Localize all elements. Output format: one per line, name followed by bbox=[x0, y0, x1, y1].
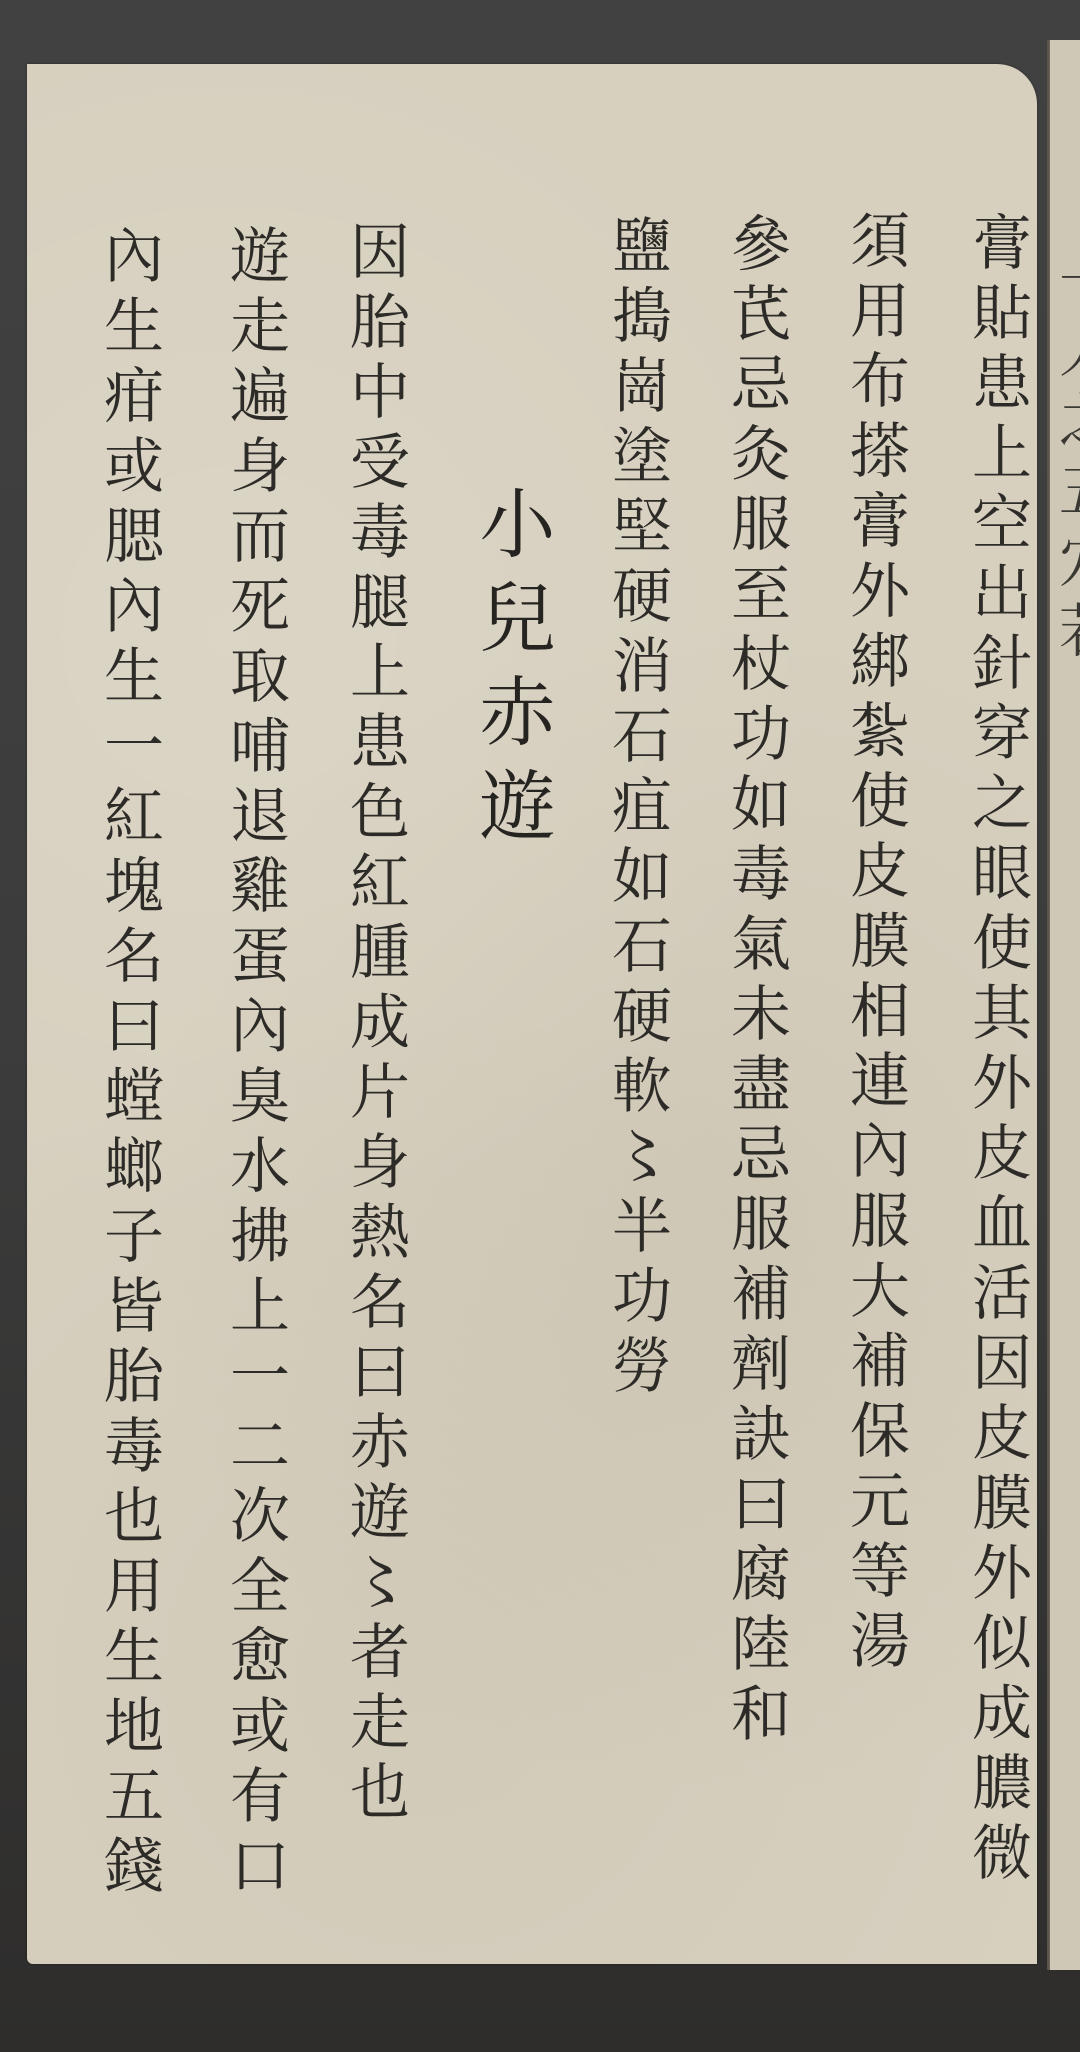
adjacent-page-edge: 一人之五穴若 bbox=[1048, 40, 1080, 1970]
text-column-4: 鹽搗崗塗堅硬消石疽如石硬軟〻半功勞 bbox=[607, 214, 667, 1404]
text-column-6: 遊走遍身而死取哺退雞蛋內臭水拂上一二次全愈或有口 bbox=[225, 224, 285, 1904]
page-fold-line bbox=[1047, 40, 1049, 1970]
text-column-2: 須用布搽膏外綁紮使皮膜相連內服大補保元等湯 bbox=[845, 209, 905, 1679]
text-column-5: 因胎中受毒腿上患色紅腫成片身熱名曰赤遊〻者走也 bbox=[345, 220, 405, 1830]
adjacent-page-text: 一人之五穴若 bbox=[1054, 250, 1080, 670]
manuscript-page: 膏貼患上空出針穿之眼使其外皮血活因皮膜外似成膿微 須用布搽膏外綁紮使皮膜相連內服… bbox=[27, 64, 1037, 1964]
text-column-1: 膏貼患上空出針穿之眼使其外皮血活因皮膜外似成膿微 bbox=[967, 211, 1027, 1891]
text-column-3: 參芪忌灸服至杖功如毒氣未盡忌服補劑訣曰腐陸和 bbox=[726, 212, 786, 1752]
text-column-7: 內生疳或腮內生一紅塊名曰螳螂子皆胎毒也用生地五錢 bbox=[99, 224, 159, 1904]
section-heading: 小兒赤遊 bbox=[473, 484, 549, 860]
